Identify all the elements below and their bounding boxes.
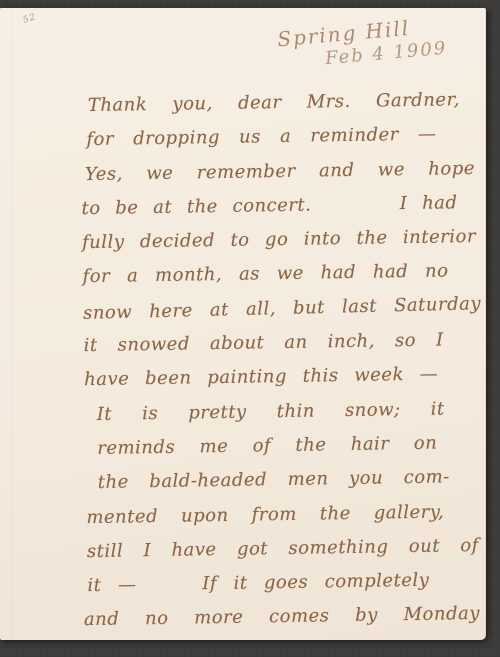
letter-line: It is pretty thin snow; it [97, 398, 445, 438]
letter-scan-background: 52 Spring Hill Feb 4 1909 Thank you, dea… [0, 0, 500, 657]
letter-body: Thank you, dear Mrs. Gardner, for droppi… [80, 89, 489, 644]
letter-line: the bald-headed men you com- [98, 467, 450, 507]
letter-line: for dropping us a reminder — [86, 124, 436, 164]
letter-line: reminds me of the hair on [97, 433, 437, 473]
letter-line: it — If it goes completely [87, 570, 429, 610]
letter-line: Thank you, dear Mrs. Gardner, [88, 89, 460, 129]
letter-heading: Spring Hill Feb 4 1909 [276, 13, 448, 74]
letter-line: have been painting this week — [84, 364, 438, 404]
pencil-annotation: 52 [22, 12, 38, 26]
letter-line: and no more comes by Monday [84, 603, 480, 644]
letter-page: 52 Spring Hill Feb 4 1909 Thank you, dea… [0, 8, 486, 640]
letter-line: mented upon from the gallery, [86, 501, 444, 541]
page-fold-crease [12, 8, 15, 640]
